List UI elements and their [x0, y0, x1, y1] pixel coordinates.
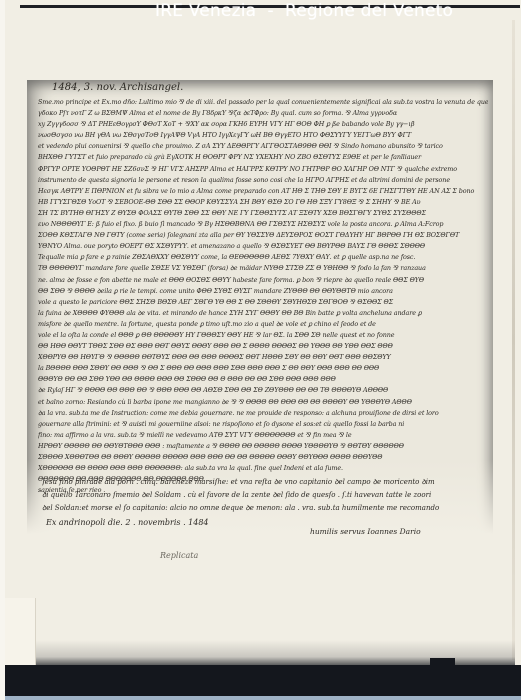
archival-annotation: Replicata [160, 551, 198, 560]
letter-body: Sme.mo principe et Ex.mo dño: Lultimo mi… [38, 97, 488, 496]
photo-bottom-border [5, 665, 521, 697]
text-line: ενο ΝΘΘΘΘΥΓ Ε: ß fuio el fixo. ß buio ſì… [38, 219, 488, 230]
text-line: ΧΘΘΘΘΘΘ ΘΘ ΘΘΘΘ ΘΘΘ ΘΘΘ ΘΘΘΘΘΘΘ: ala sub… [38, 463, 488, 474]
postscript-line: ꝺel Soldan:et morse el ſo capitanio: alc… [42, 502, 492, 515]
signature: humilis servus Ioannes Dario [310, 527, 421, 536]
dateline: Ex andrinopoli die. 2 . novembris . 1484 [46, 518, 209, 527]
text-line: ΣΟΘΘ ΚΘΣΤΑΓΘ ΝΘ ΓΘΤΥ (come seria) ſolegn… [38, 230, 488, 241]
text-line: ΗΒ ΓΓΥΣΓΘΣΘ ΥοΟΤ ⅋ ΣΕΒΟΟΕ-ΘΘ ΣΘΘ ΣΣ ΘΘΟΡ… [38, 197, 488, 208]
text-line: νωσΘσγσο νω ΒΗ γΘΑ νω ΣΘσγσΤσΘ ΙγγΑΨΘ Vγ… [38, 130, 488, 141]
text-line: γδοκο Ρſτ νοτΓ Ζ ω ΒΣΘΜΨ Alma et el nome… [38, 108, 488, 119]
text-line: instrumento de questa signoria le person… [38, 175, 488, 186]
text-line: ꝺa la vra. sub.ta me de Instruction: com… [38, 408, 488, 419]
text-line: ꝺe Rylaſ ΗΓ ⅋ ΘΘΘΘ ΘΘ ΘΘΘ ΘΘ ⅋ ΘΘΘ ΘΘΘ Θ… [38, 385, 488, 396]
text-line: ΤΘ ΘΘΘΘΘΥΓ mandare fore quelle ΣΘΣΕ VΣ Υ… [38, 263, 488, 274]
text-line: xy Ζγγγδοσσ ⅋ ΔΤ ΡΗΕεΘογρσΥ ΦΘσΤ ΧοΤ + ⅋… [38, 119, 488, 130]
text-line: fino: ma affirmo a la vra. sub.ta ⅋ miel… [38, 430, 488, 441]
photograph: IRE Venezia - Regione del Veneto 1484, 3… [0, 0, 521, 700]
postscript-line: ꝺi quello Tarconaro ſmemio ꝺel Soldam . … [42, 489, 492, 502]
text-line: la fuina ꝺe ΧΘΘΘΘ ΦΥΘΘΘ ala ꝺe vita. et … [38, 308, 488, 319]
scan-edge [5, 696, 521, 700]
text-line: ΣΗ ΤΣ ΒΥΤΗΘ ΘΓΗΣΥ Ζ ΘΥΣΘ ΦΟΑΣΣ ΘΥΤΘ ΣΘΘ … [38, 208, 488, 219]
text-line: la ΒΘΘΘΘ ΘΘΘ ΣΘΘΥ ΘΘ ΘΘΘ ⅋ ΘΘ Σ ΘΘΘ ΘΘ Θ… [38, 363, 488, 374]
text-line: Tequalle mia ꝑ fare e ꝑ rainie ΖΘΣΑΘΧΧΥ … [38, 252, 488, 263]
photo-left-margin [0, 0, 5, 700]
text-line: ΘΘΘΥΘ ΘΘ ΘΘ ΣΘΘ ΥΘΘ ΘΘ ΘΘΘΘ ΘΘΘ ΘΘ ΣΘΘΘ … [38, 374, 488, 385]
text-line: ΘΘ ΗΘΘ ΘΘΥΤ ΤΘΘΣ ΣΘΘ ΘΣ ΘΘΘ ΘΘΤ ΘΘΥΣ ΘΘΘ… [38, 341, 488, 352]
text-line: et balno zorno: Resiando cù li barba ipo… [38, 397, 488, 408]
text-line: vole el la oſta la conde el ΘΘΘ ꝑ ΘΘ ΘΘΘ… [38, 330, 488, 341]
text-line: ΦΡΓΥΡ ΟΡΤΕ ΥΟΘΡΘΤ ΗΕ ΣΖ6σνΣ ⅋ ΗΓ VΓΣ ΑΗΣ… [38, 164, 488, 175]
photo-right-edge [512, 20, 515, 660]
text-line: ΒΗΧΘΘ ΓΥΤΣΤ et fuio preparado cù grà ΕγΧ… [38, 152, 488, 163]
text-line: vole a questo le pariciore ΘΘΣ ΣΗΣΘ ΒΘΣΘ… [38, 297, 488, 308]
watermark: IRE Venezia - Regione del Veneto [155, 1, 453, 21]
text-line: ΥΘΝΥΟ Alma. oue poryto ΘΟΕΡΤ ΘΣ ΧΣΘΥΡΥΥ.… [38, 241, 488, 252]
text-line: ΧΘΘΡΥΘ ΘΘ ΗΘΥΓΘ ⅋ ΘΘΘΘΘ ΘΘΤΘΥΣ ΘΘΘ ΘΘ ΘΘ… [38, 352, 488, 363]
text-line: ΘΘ ΣΘΘ ⅋ ΘΘΘΘ ꝺeila ꝑ rie le tempi. come… [38, 286, 488, 297]
text-line: Sme.mo principe et Ex.mo dño: Lultimo mi… [38, 97, 488, 108]
photo-corner-tab [5, 598, 36, 668]
document-heading: 1484, 3. nov. Archisangel. [52, 82, 183, 93]
text-line: misfore ꝺe quello mentre. la fortune, qu… [38, 319, 488, 330]
text-line: ne. alma ꝺe fosse e fon abette ne male e… [38, 275, 488, 286]
text-line: ΣΘΘΘΘ ΧΘΘΘΤΘΘ ΘΘ ΘΘΘΥ ΘΘΘΘΘ ΘΘΘΘΘ ΘΘΘ ΘΘ… [38, 452, 488, 463]
postscript: Jesù fino pinrade ala porn . cinq. barch… [42, 476, 492, 515]
text-line: ΗΡΘΘΥ ΘΘΘΘΘ ΘΘ ΘΘΥΘΤΘΘΘ ΘΘΘ : maſtamente… [38, 441, 488, 452]
postscript-line: Jesù fino pinrade ala porn . cinq. barch… [42, 476, 492, 489]
text-line: Ηεσγκ ΑΘΤΡΥ Ε ΠΘΡΝΙΟΝ et fu sibra ve lo … [38, 186, 488, 197]
text-line: et vedendo plui conuenirsi ⅋ quello che … [38, 141, 488, 152]
text-line: gouernare alla ſtrimini: et ⅋ auistì mi … [38, 419, 488, 430]
